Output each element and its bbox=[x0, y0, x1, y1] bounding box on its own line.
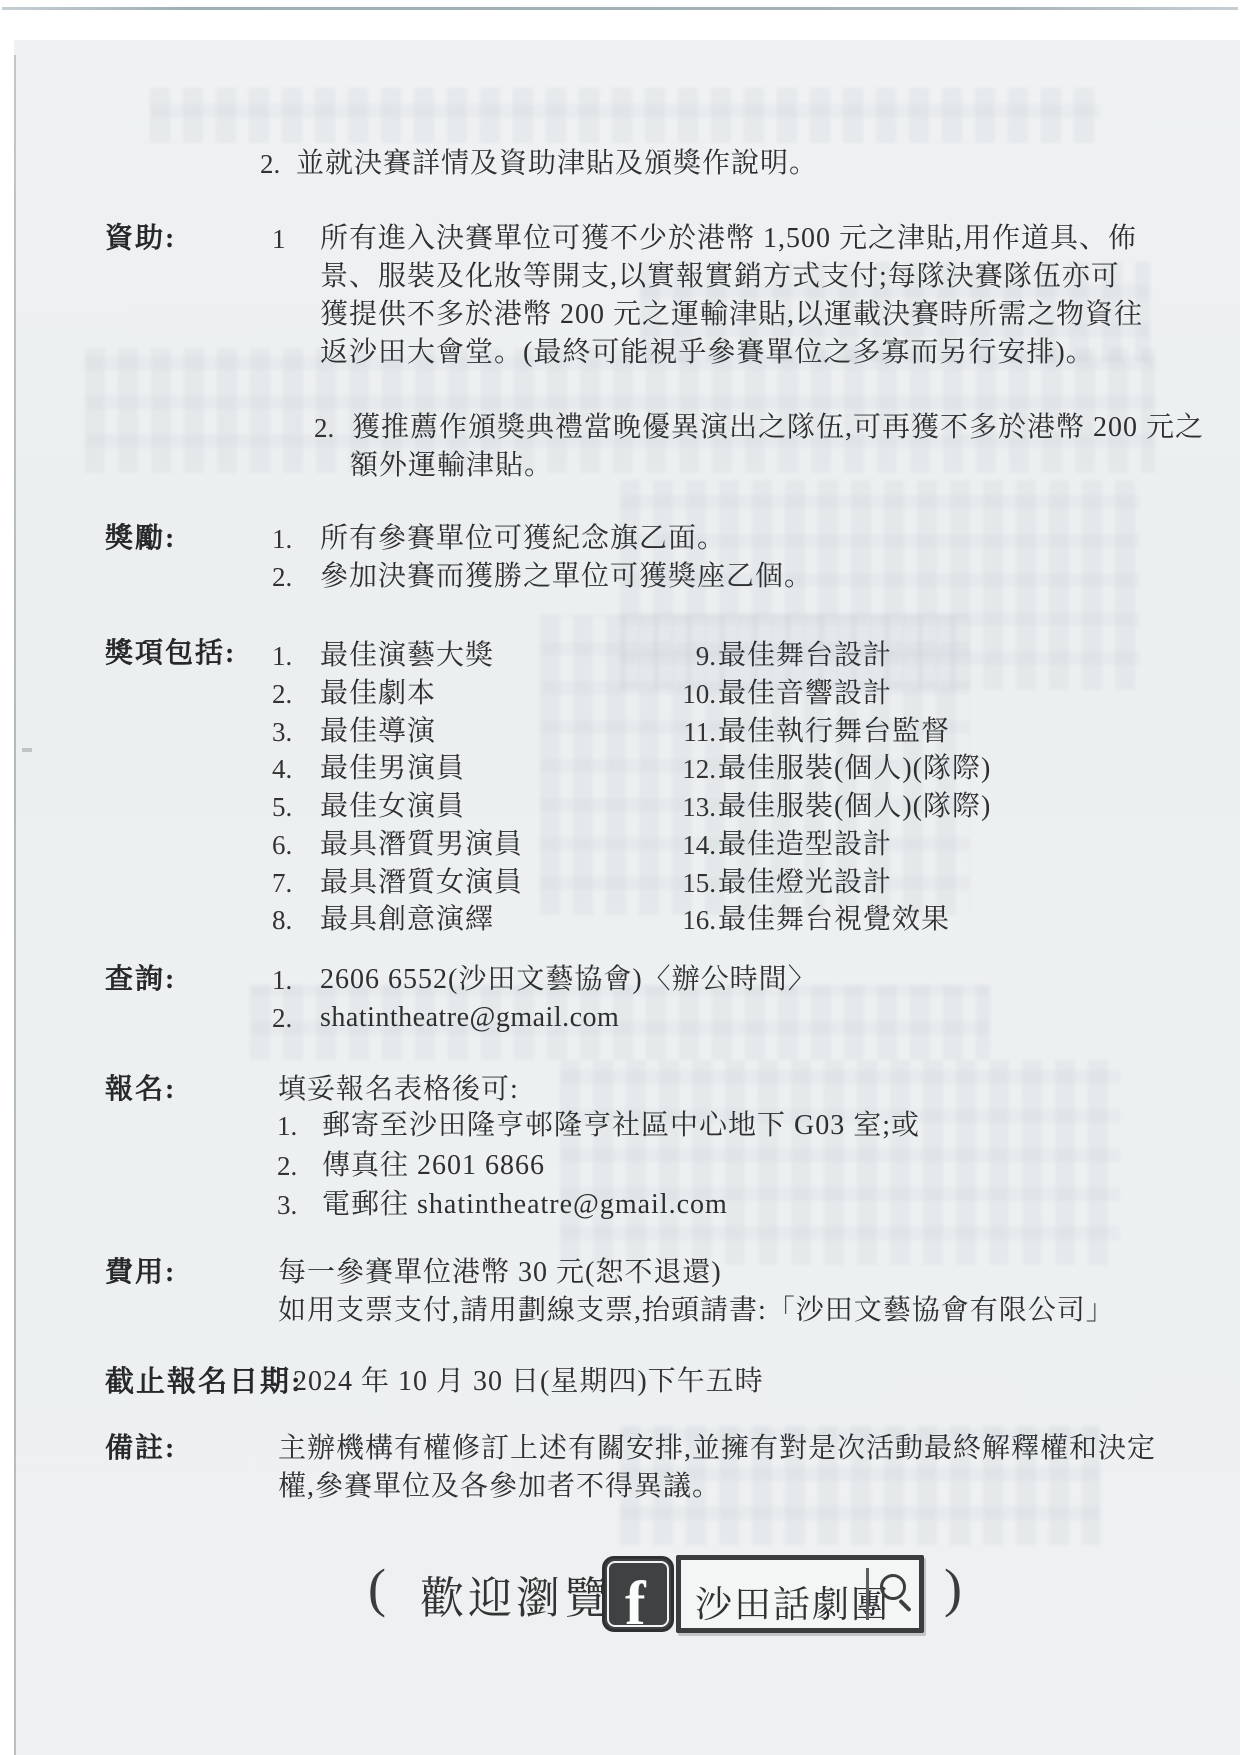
section-label-rewards: 獎勵: bbox=[105, 521, 176, 557]
awards-row: 5. 最佳女演員 13. 最佳服裝(個人)(隊際) bbox=[0, 789, 1240, 827]
registration-mail-address: 郵寄至沙田隆亨邨隆亨社區中心地下 G03 室;或 bbox=[322, 1108, 920, 1144]
award-item: 最佳女演員 bbox=[320, 789, 465, 825]
list-number: 2. bbox=[314, 410, 334, 446]
list-number: 4. bbox=[272, 751, 292, 787]
award-item: 最佳演藝大獎 bbox=[320, 638, 494, 674]
list-number: 3. bbox=[272, 714, 292, 750]
awards-row: 4. 最佳男演員 12. 最佳服裝(個人)(隊際) bbox=[0, 751, 1240, 789]
registration-item-row: 1. 郵寄至沙田隆亨邨隆亨社區中心地下 G03 室;或 bbox=[0, 1108, 1240, 1146]
award-item: 最佳造型設計 bbox=[718, 827, 892, 863]
award-item: 最佳劇本 bbox=[320, 676, 436, 712]
funding-item2-line2: 額外運輸津貼。 bbox=[350, 448, 553, 484]
awards-row: 6. 最具潛質男演員 14. 最佳造型設計 bbox=[0, 827, 1240, 865]
intro-text: 並就決賽詳情及資助津貼及頒獎作說明。 bbox=[296, 146, 818, 182]
section-remarks-row-1: 備註: 主辦機構有權修訂上述有關安排,並擁有對是次活動最終解釋權和決定 bbox=[0, 1431, 1240, 1469]
funding-item2-line2-row: 額外運輸津貼。 bbox=[0, 448, 1240, 486]
funding-item1-line3-row: 獲提供不多於港幣 200 元之運輸津貼,以運載決賽時所需之物資往 bbox=[0, 297, 1240, 335]
award-item: 最佳服裝(個人)(隊際) bbox=[718, 789, 991, 825]
list-number: 1. bbox=[272, 962, 292, 998]
list-number: 7. bbox=[272, 865, 292, 901]
award-item: 最具創意演繹 bbox=[320, 902, 494, 938]
registration-intro: 填妥報名表格後可: bbox=[278, 1072, 519, 1108]
list-number: 1. bbox=[272, 638, 292, 674]
section-fee-row-1: 費用: 每一參賽單位港幣 30 元(恕不退還) bbox=[0, 1255, 1240, 1293]
footer-open-paren: ( bbox=[368, 1558, 386, 1618]
list-number: 1. bbox=[277, 1108, 297, 1144]
list-number: 8. bbox=[272, 902, 292, 938]
scan-edge-line bbox=[2, 7, 1238, 10]
award-item: 最佳男演員 bbox=[320, 751, 465, 787]
funding-item1-line1: 所有進入決賽單位可獲不少於港幣 1,500 元之津貼,用作道具、佈 bbox=[320, 221, 1137, 257]
section-fee-row-2: 如用支票支付,請用劃線支票,抬頭請書:「沙田文藝協會有限公司」 bbox=[0, 1293, 1240, 1331]
fee-line2: 如用支票支付,請用劃線支票,抬頭請書:「沙田文藝協會有限公司」 bbox=[278, 1293, 1115, 1329]
section-label-enquiry: 查詢: bbox=[105, 962, 176, 998]
section-enquiry-row-2: 2. shatintheatre@gmail.com bbox=[0, 1000, 1240, 1038]
list-number: 6. bbox=[272, 827, 292, 863]
award-item: 最佳燈光設計 bbox=[718, 865, 892, 901]
facebook-search-query: 沙田話劇團 bbox=[695, 1574, 890, 1628]
awards-row: 1. 最佳演藝大獎 9. 最佳舞台設計 bbox=[0, 638, 1240, 676]
funding-item1-line4: 返沙田大會堂。(最終可能視乎參賽單位之多寡而另行安排)。 bbox=[320, 335, 1095, 371]
footer-close-paren: ) bbox=[944, 1558, 962, 1618]
rewards-item1: 所有參賽單位可獲紀念旗乙面。 bbox=[320, 521, 726, 557]
award-item: 最佳服裝(個人)(隊際) bbox=[718, 751, 991, 787]
footer-welcome-text: 歡迎瀏覽 bbox=[420, 1562, 612, 1626]
section-remarks-row-2: 權,參賽單位及各參加者不得異議。 bbox=[0, 1469, 1240, 1507]
section-funding-row-1: 資助: 1 所有進入決賽單位可獲不少於港幣 1,500 元之津貼,用作道具、佈 bbox=[0, 221, 1240, 259]
registration-email: 電郵往 shatintheatre@gmail.com bbox=[322, 1187, 728, 1223]
registration-item-row: 2. 傳真往 2601 6866 bbox=[0, 1148, 1240, 1186]
section-label-funding: 資助: bbox=[105, 221, 176, 257]
award-item: 最佳舞台設計 bbox=[718, 638, 892, 674]
funding-item2-row: 2. 獲推薦作頒獎典禮當晚優異演出之隊伍,可再獲不多於港幣 200 元之 bbox=[0, 410, 1240, 448]
list-number: 2. bbox=[260, 146, 280, 182]
list-number: 5. bbox=[272, 789, 292, 825]
list-number: 13. bbox=[672, 789, 716, 825]
search-box-divider bbox=[866, 1568, 869, 1620]
search-icon bbox=[880, 1574, 906, 1600]
award-item: 最佳導演 bbox=[320, 714, 436, 750]
list-number: 2. bbox=[272, 1000, 292, 1036]
list-number: 1. bbox=[272, 521, 292, 557]
intro-item: 2. 並就決賽詳情及資助津貼及頒獎作說明。 bbox=[0, 146, 1240, 184]
deadline-date: 2024 年 10 月 30 日(星期四)下午五時 bbox=[293, 1364, 764, 1400]
rewards-item2: 參加決賽而獲勝之單位可獲獎座乙個。 bbox=[320, 559, 813, 595]
section-label-remarks: 備註: bbox=[105, 1431, 176, 1467]
deadline-label: 截止報名日期: bbox=[105, 1364, 303, 1400]
list-number: 2. bbox=[272, 559, 292, 595]
deadline-row: 截止報名日期: 2024 年 10 月 30 日(星期四)下午五時 bbox=[0, 1364, 1240, 1402]
award-item: 最具潛質男演員 bbox=[320, 827, 523, 863]
section-label-fee: 費用: bbox=[105, 1255, 176, 1291]
registration-item-row: 3. 電郵往 shatintheatre@gmail.com bbox=[0, 1187, 1240, 1225]
list-number: 12. bbox=[672, 751, 716, 787]
facebook-icon: f bbox=[602, 1556, 674, 1632]
scanned-flyer: 2. 並就決賽詳情及資助津貼及頒獎作說明。 資助: 1 所有進入決賽單位可獲不少… bbox=[0, 0, 1240, 1755]
remarks-line2: 權,參賽單位及各參加者不得異議。 bbox=[278, 1469, 721, 1505]
funding-item1-line2-row: 景、服裝及化妝等開支,以實報實銷方式支付;每隊決賽隊伍亦可 bbox=[0, 259, 1240, 297]
list-number: 9. bbox=[672, 638, 716, 674]
award-item: 最佳音響設計 bbox=[718, 676, 892, 712]
registration-fax: 傳真往 2601 6866 bbox=[322, 1148, 545, 1184]
funding-item1-line4-row: 返沙田大會堂。(最終可能視乎參賽單位之多寡而另行安排)。 bbox=[0, 335, 1240, 373]
award-item: 最具潛質女演員 bbox=[320, 865, 523, 901]
fee-line1: 每一參賽單位港幣 30 元(恕不退還) bbox=[278, 1255, 722, 1291]
list-number: 2. bbox=[277, 1148, 297, 1184]
awards-row: 8. 最具創意演繹 16. 最佳舞台視覺效果 bbox=[0, 902, 1240, 940]
list-number: 2. bbox=[272, 676, 292, 712]
section-label-registration: 報名: bbox=[105, 1072, 176, 1108]
section-rewards-row-1: 獎勵: 1. 所有參賽單位可獲紀念旗乙面。 bbox=[0, 521, 1240, 559]
enquiry-email: shatintheatre@gmail.com bbox=[320, 1000, 619, 1036]
awards-row: 2. 最佳劇本 10. 最佳音響設計 bbox=[0, 676, 1240, 714]
section-rewards-row-2: 2. 參加決賽而獲勝之單位可獲獎座乙個。 bbox=[0, 559, 1240, 597]
enquiry-phone: 2606 6552(沙田文藝協會)〈辦公時間〉 bbox=[320, 962, 817, 998]
awards-row: 3. 最佳導演 11. 最佳執行舞台監督 bbox=[0, 714, 1240, 752]
award-item: 最佳執行舞台監督 bbox=[718, 714, 950, 750]
list-number: 15. bbox=[672, 865, 716, 901]
funding-item1-line3: 獲提供不多於港幣 200 元之運輸津貼,以運載決賽時所需之物資往 bbox=[320, 297, 1143, 333]
award-item: 最佳舞台視覺效果 bbox=[718, 902, 950, 938]
remarks-line1: 主辦機構有權修訂上述有關安排,並擁有對是次活動最終解釋權和決定 bbox=[278, 1431, 1156, 1467]
list-number: 3. bbox=[277, 1187, 297, 1223]
facebook-search-box: 沙田話劇團 bbox=[676, 1555, 924, 1633]
funding-item1-line2: 景、服裝及化妝等開支,以實報實銷方式支付;每隊決賽隊伍亦可 bbox=[320, 259, 1120, 295]
list-number: 10. bbox=[672, 676, 716, 712]
awards-row: 7. 最具潛質女演員 15. 最佳燈光設計 bbox=[0, 865, 1240, 903]
search-icon-handle bbox=[898, 1599, 911, 1612]
section-enquiry-row-1: 查詢: 1. 2606 6552(沙田文藝協會)〈辦公時間〉 bbox=[0, 962, 1240, 1000]
section-registration-row-1: 報名: 填妥報名表格後可: bbox=[0, 1072, 1240, 1110]
list-number: 11. bbox=[672, 714, 716, 750]
funding-item2-line1: 獲推薦作頒獎典禮當晚優異演出之隊伍,可再獲不多於港幣 200 元之 bbox=[352, 410, 1204, 446]
list-number: 14. bbox=[672, 827, 716, 863]
list-number: 1 bbox=[272, 221, 286, 257]
facebook-f-glyph: f bbox=[625, 1573, 646, 1635]
list-number: 16. bbox=[672, 902, 716, 938]
